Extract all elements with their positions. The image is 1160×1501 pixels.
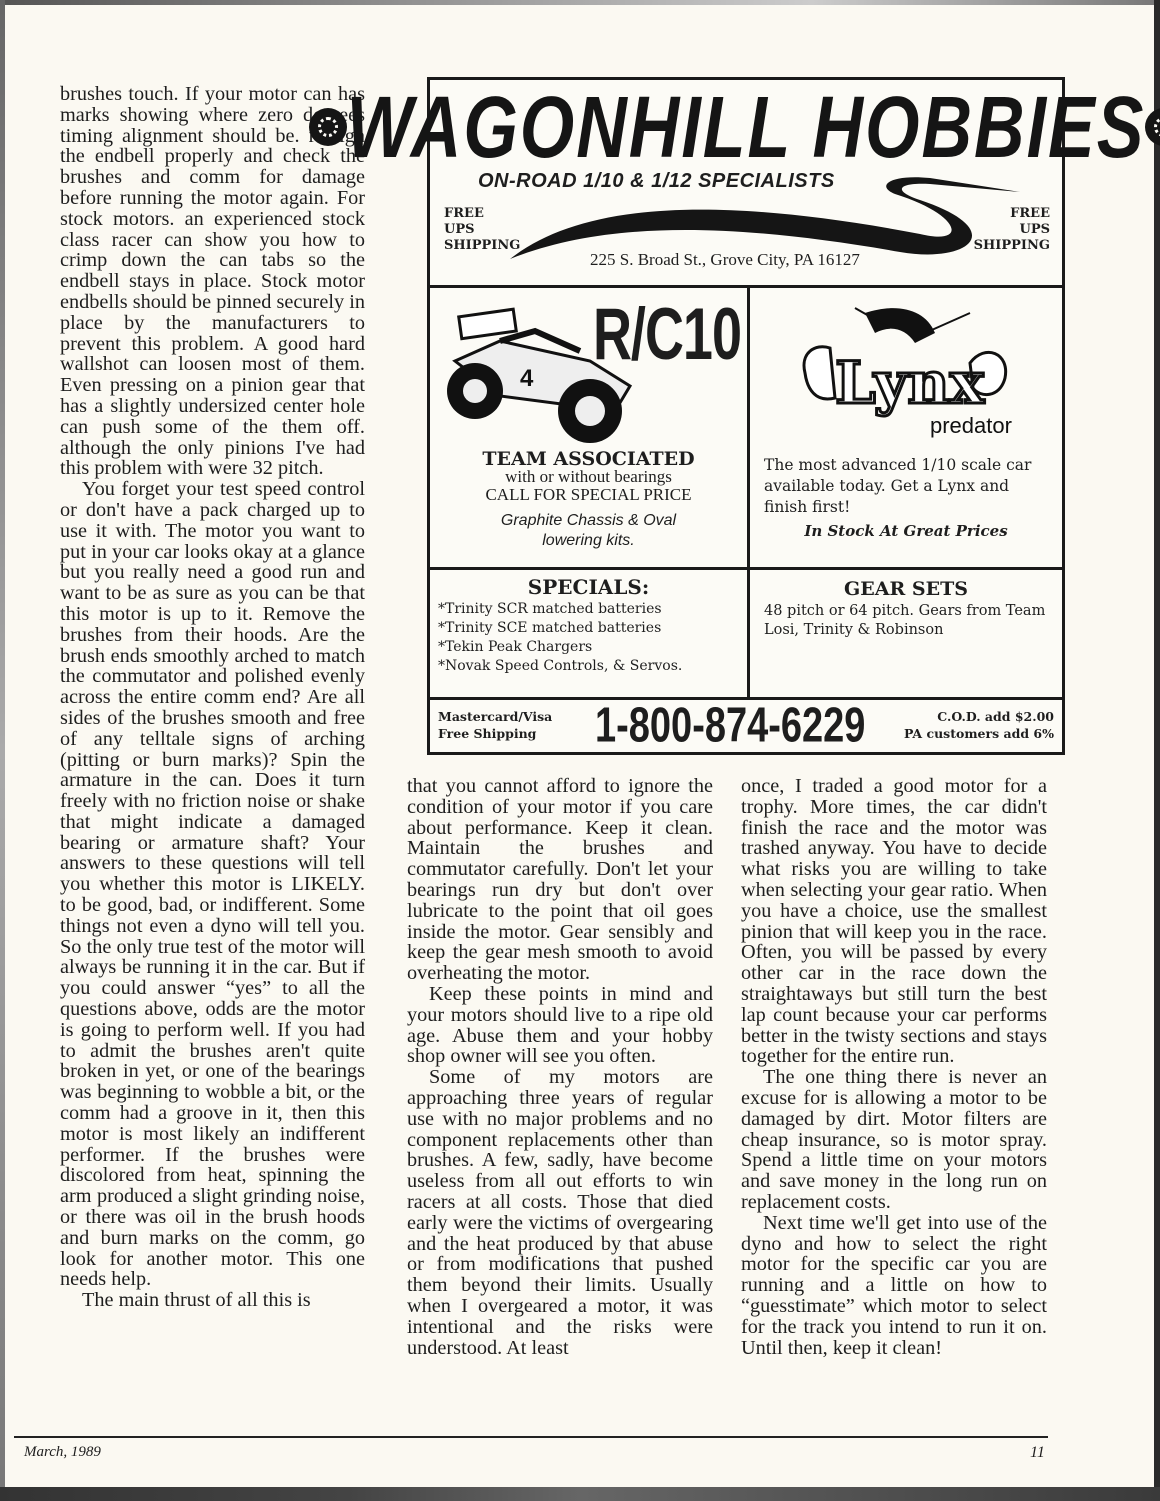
specials-item: *Tekin Peak Chargers: [438, 638, 747, 657]
ups-text: UPS: [444, 222, 520, 238]
brand-banner: WAGONHILL HOBBIES: [438, 86, 1054, 168]
specials-title: SPECIALS:: [430, 576, 747, 598]
page-edge-top: [0, 0, 1160, 5]
article-paragraph: You forget your test speed control or do…: [60, 479, 365, 1290]
article-paragraph: Some of my motors are approaching three …: [407, 1067, 713, 1358]
article-paragraph: Next time we'll get into use of the dyno…: [741, 1213, 1047, 1359]
issue-date: March, 1989: [24, 1444, 101, 1461]
wagonhill-hobbies-ad: WAGONHILL HOBBIES ON-ROAD 1/10 & 1/12 SP…: [427, 77, 1065, 755]
ups-text: UPS: [974, 222, 1050, 238]
article-column-2: that you cannot afford to ignore the con…: [407, 776, 713, 1358]
footer-rule: [14, 1436, 1048, 1438]
lynx-predator-logo: Lynx predator: [795, 303, 1015, 443]
article-paragraph: once, I traded a good motor for a trophy…: [741, 776, 1047, 1067]
team-name: TEAM ASSOCIATED: [430, 450, 747, 468]
rc10-title: R/C10: [593, 293, 741, 377]
kits-line-2: lowering kits.: [430, 531, 747, 551]
specials-item: *Trinity SCR matched batteries: [438, 600, 747, 619]
store-address: 225 S. Broad St., Grove City, PA 16127: [590, 250, 860, 270]
pa-tax: PA customers add 6%: [904, 725, 1054, 742]
page-edge-left: [0, 0, 5, 1501]
lynx-logo-text: Lynx: [835, 349, 985, 417]
specials-panel: SPECIALS: *Trinity SCR matched batteries…: [430, 570, 750, 700]
brand-name: WAGONHILL HOBBIES: [347, 77, 1146, 177]
free-text: FREE: [444, 206, 520, 222]
lynx-panel: Lynx predator The most advanced 1/10 sca…: [750, 285, 1062, 570]
kits-line-1: Graphite Chassis & Oval: [430, 511, 747, 531]
bleed-through-header: [20, 14, 1140, 54]
gear-sets-description: 48 pitch or 64 pitch. Gears from Team Lo…: [764, 602, 1062, 640]
ad-tagline: ON-ROAD 1/10 & 1/12 SPECIALISTS: [478, 170, 835, 193]
fees-info: C.O.D. add $2.00 PA customers add 6%: [904, 708, 1054, 742]
free-text: FREE: [974, 206, 1050, 222]
payment-free-shipping: Free Shipping: [438, 725, 552, 742]
wheel-icon: [1145, 108, 1160, 146]
free-shipping-right: FREE UPS SHIPPING: [974, 206, 1050, 254]
call-for-price: CALL FOR SPECIAL PRICE: [430, 485, 747, 505]
specials-item: *Trinity SCE matched batteries: [438, 619, 747, 638]
article-paragraph: that you cannot afford to ignore the con…: [407, 776, 713, 984]
cod-fee: C.O.D. add $2.00: [904, 708, 1054, 725]
shipping-text: SHIPPING: [444, 238, 520, 254]
specials-item: *Novak Speed Controls, & Servos.: [438, 657, 747, 676]
phone-number: 1-800-874-6229: [595, 700, 865, 752]
article-paragraph: The one thing there is never an excuse f…: [741, 1067, 1047, 1213]
page-edge-right: [1154, 0, 1160, 1501]
wheel-icon: [309, 108, 347, 146]
article-paragraph: Keep these points in mind and your motor…: [407, 984, 713, 1067]
gear-sets-panel: GEAR SETS 48 pitch or 64 pitch. Gears fr…: [750, 570, 1062, 700]
shipping-text: SHIPPING: [974, 238, 1050, 254]
kits-line: Graphite Chassis & Oval lowering kits.: [430, 511, 747, 551]
team-associated-info: TEAM ASSOCIATED with or without bearings…: [430, 450, 747, 551]
free-shipping-left: FREE UPS SHIPPING: [444, 206, 520, 254]
rc10-panel: 4 R/C10 TEAM ASSOCIATED with or without …: [430, 285, 750, 570]
page-edge-bottom: [0, 1487, 1160, 1501]
gear-sets-title: GEAR SETS: [750, 578, 1062, 600]
car-number: 4: [520, 365, 534, 392]
article-paragraph: The main thrust of all this is: [60, 1290, 365, 1311]
page-number: 11: [1030, 1444, 1045, 1462]
predator-text: predator: [930, 413, 1012, 438]
lynx-description: The most advanced 1/10 scale car availab…: [764, 455, 1054, 518]
ad-header: WAGONHILL HOBBIES ON-ROAD 1/10 & 1/12 SP…: [430, 80, 1062, 288]
bearings-option: with or without bearings: [430, 468, 747, 485]
article-column-3: once, I traded a good motor for a trophy…: [741, 776, 1047, 1358]
payment-info: Mastercard/Visa Free Shipping: [438, 708, 552, 742]
specials-list: *Trinity SCR matched batteries *Trinity …: [438, 600, 747, 676]
order-info-bar: Mastercard/Visa Free Shipping 1-800-874-…: [430, 700, 1062, 752]
payment-cards: Mastercard/Visa: [438, 708, 552, 725]
lynx-in-stock: In Stock At Great Prices: [750, 522, 1062, 540]
article-column-1: brushes touch. If your motor can has mar…: [60, 84, 365, 1311]
